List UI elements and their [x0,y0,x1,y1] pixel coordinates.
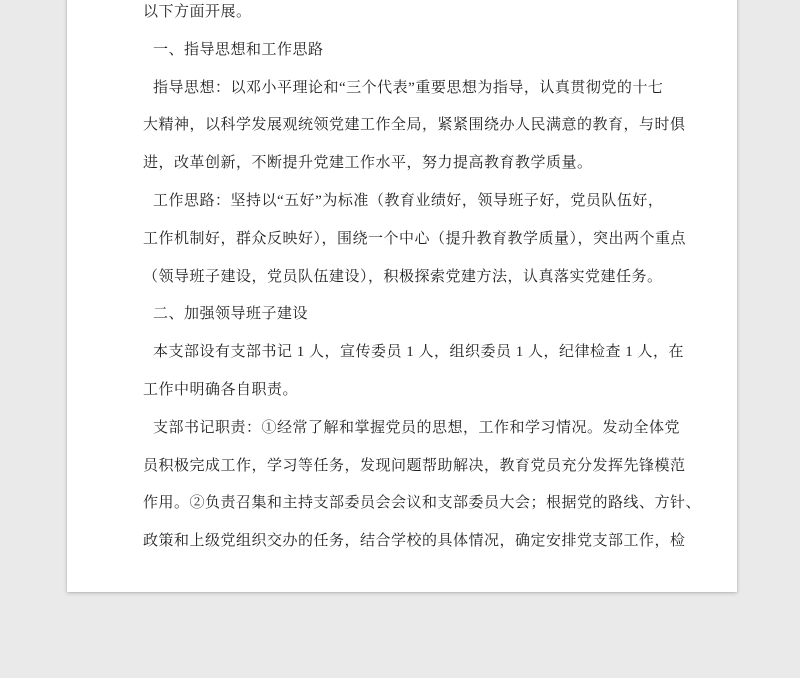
section-heading-1: 一、指导思想和工作思路 [143,32,659,70]
text-line: 支部书记职责：①经常了解和掌握党员的思想，工作和学习情况。发动全体党 [143,410,659,448]
document-viewer: 以下方面开展。 一、指导思想和工作思路 指导思想：以邓小平理论和“三个代表”重要… [0,0,800,678]
text-line: （领导班子建设，党员队伍建设），积极探索党建方法，认真落实党建任务。 [143,259,659,297]
text-line: 本支部设有支部书记 1 人，宣传委员 1 人，组织委员 1 人，纪律检查 1 人… [143,334,659,372]
text-line: 指导思想：以邓小平理论和“三个代表”重要思想为指导，认真贯彻党的十七 [143,70,659,108]
text-line: 工作机制好，群众反映好），围绕一个中心（提升教育教学质量），突出两个重点 [143,221,659,259]
text-line: 作用。②负责召集和主持支部委员会会议和支部委员大会；根据党的路线、方针、 [143,485,659,523]
text-line: 以下方面开展。 [143,0,659,32]
text-line: 大精神，以科学发展观统领党建工作全局，紧紧围绕办人民满意的教育，与时俱 [143,107,659,145]
text-line: 进，改革创新，不断提升党建工作水平，努力提高教育教学质量。 [143,145,659,183]
document-page: 以下方面开展。 一、指导思想和工作思路 指导思想：以邓小平理论和“三个代表”重要… [67,0,737,592]
text-line: 员积极完成工作，学习等任务，发现问题帮助解决，教育党员充分发挥先锋模范 [143,448,659,486]
text-line: 工作中明确各自职责。 [143,372,659,410]
text-line: 政策和上级党组织交办的任务，结合学校的具体情况，确定安排党支部工作，检 [143,523,659,561]
section-heading-2: 二、加强领导班子建设 [143,296,659,334]
text-line: 工作思路：坚持以“五好”为标准（教育业绩好，领导班子好，党员队伍好， [143,183,659,221]
